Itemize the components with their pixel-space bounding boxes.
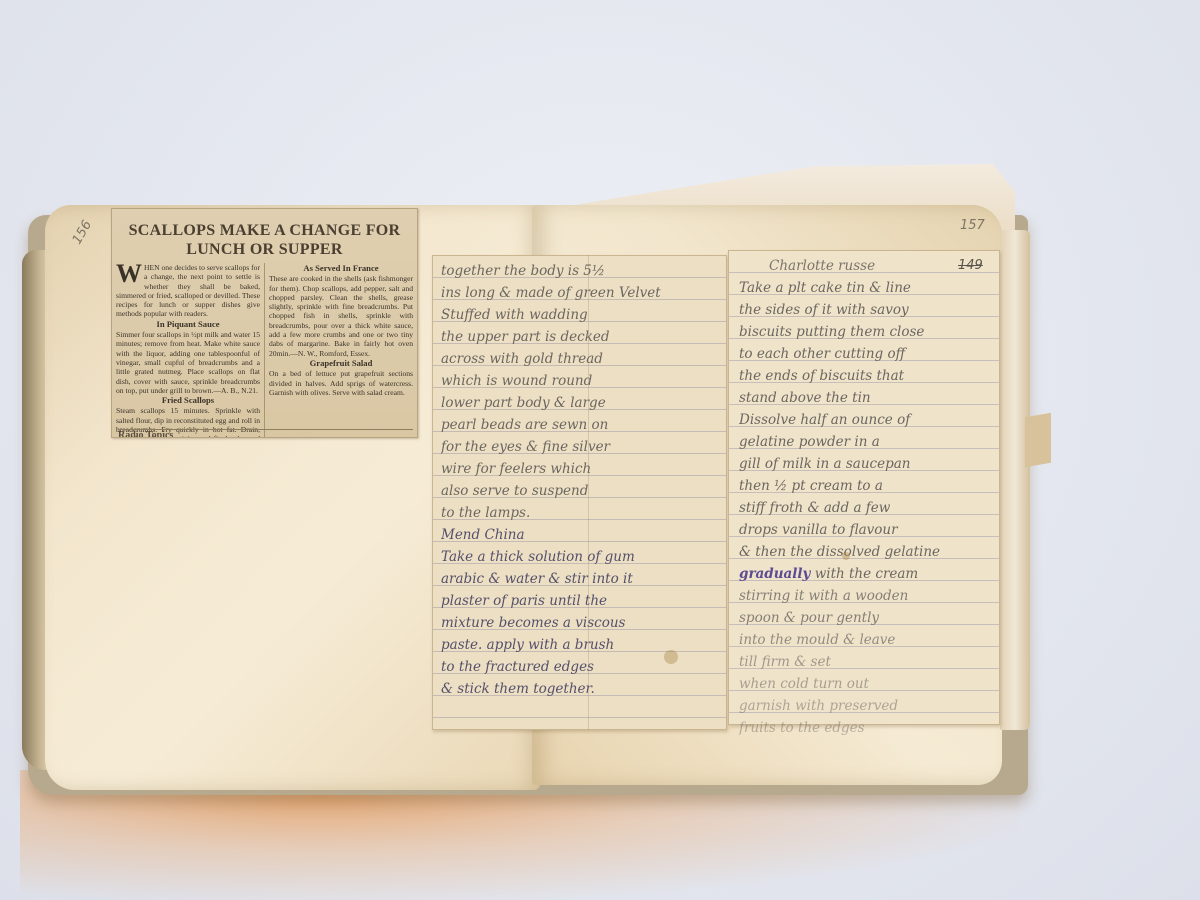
note-line: ins long & made of green Velvet	[441, 282, 718, 304]
section-body: On a bed of lettuce put grapefruit secti…	[269, 369, 413, 397]
note-line: Take a plt cake tin & line	[739, 277, 989, 299]
note-fold-crease	[588, 255, 589, 730]
note-line: Take a thick solution of gum	[441, 546, 718, 568]
section-body: Simmer four scallops in ½pt milk and wat…	[116, 330, 260, 395]
handwritten-note-right: Charlotte russe Take a plt cake tin & li…	[728, 250, 1000, 725]
note-line: fruits to the edges	[739, 717, 989, 739]
note-line: together the body is 5½	[441, 260, 718, 282]
note-line: garnish with preserved	[739, 695, 989, 717]
section-body: These are cooked in the shells (ask fish…	[269, 274, 413, 358]
page-tape-strip	[1000, 230, 1030, 730]
stain	[842, 552, 850, 560]
paper-tab	[1025, 413, 1051, 468]
clipping-footer: Radio Topics	[118, 429, 413, 438]
clipping-headline: SCALLOPS MAKE A CHANGE FOR LUNCH OR SUPP…	[112, 209, 417, 259]
right-page-number: 157	[960, 218, 985, 233]
handwritten-note-left: together the body is 5½ ins long & made …	[432, 255, 727, 730]
note-line: also serve to suspend	[441, 480, 718, 502]
crossed-page-number: 149	[958, 258, 983, 273]
note-line: till firm & set	[739, 651, 989, 673]
section-title: Fried Scallops	[116, 396, 260, 405]
note-line: which is wound round	[441, 370, 718, 392]
note-line: then ½ pt cream to a	[739, 475, 989, 497]
dropcap: W	[116, 263, 142, 285]
note-line: Dissolve half an ounce of	[739, 409, 989, 431]
note-line: gelatine powder in a	[739, 431, 989, 453]
newspaper-clipping: SCALLOPS MAKE A CHANGE FOR LUNCH OR SUPP…	[111, 208, 418, 438]
note-line: Stuffed with wadding	[441, 304, 718, 326]
note-line: spoon & pour gently	[739, 607, 989, 629]
note-line: & then the dissolved gelatine	[739, 541, 989, 563]
note-line: to each other cutting off	[739, 343, 989, 365]
clipping-column-left: W HEN one decides to serve scallops for …	[116, 263, 260, 438]
note-text: with the cream	[810, 566, 918, 582]
note-line: to the lamps.	[441, 502, 718, 524]
stain	[664, 650, 678, 664]
note-line: the sides of it with savoy	[739, 299, 989, 321]
note-line: stand above the tin	[739, 387, 989, 409]
note-line: plaster of paris until the	[441, 590, 718, 612]
note-line: stirring it with a wooden	[739, 585, 989, 607]
note-line: mixture becomes a viscous	[441, 612, 718, 634]
note-line: & stick them together.	[441, 678, 718, 700]
note-line: drops vanilla to flavour	[739, 519, 989, 541]
section-title: As Served In France	[269, 264, 413, 273]
photo-scene: 156 157 SCALLOPS MAKE A CHANGE FOR LUNCH…	[0, 0, 1200, 900]
note-line-purple: gradually with the cream	[739, 563, 989, 585]
note-line: lower part body & large	[441, 392, 718, 414]
clipping-column-right: As Served In France These are cooked in …	[264, 263, 413, 438]
note-line: across with gold thread	[441, 348, 718, 370]
purple-ink-word: gradually	[739, 566, 810, 582]
note-line: when cold turn out	[739, 673, 989, 695]
note-line: gill of milk in a saucepan	[739, 453, 989, 475]
note-line: the ends of biscuits that	[739, 365, 989, 387]
note-line: pearl beads are sewn on	[441, 414, 718, 436]
note-line: into the mould & leave	[739, 629, 989, 651]
note-line: the upper part is decked	[441, 326, 718, 348]
section-title: Grapefruit Salad	[269, 359, 413, 368]
note-line: wire for feelers which	[441, 458, 718, 480]
recipe-title-charlotte-russe: Charlotte russe	[739, 255, 989, 277]
note-line: arabic & water & stir into it	[441, 568, 718, 590]
recipe-title-mend-china: Mend China	[441, 524, 718, 546]
note-line: for the eyes & fine silver	[441, 436, 718, 458]
section-title: In Piquant Sauce	[116, 320, 260, 329]
note-line: biscuits putting them close	[739, 321, 989, 343]
note-line: stiff froth & add a few	[739, 497, 989, 519]
